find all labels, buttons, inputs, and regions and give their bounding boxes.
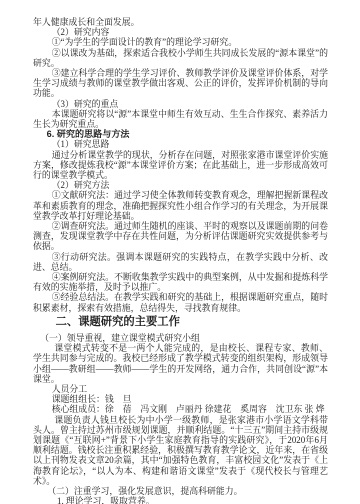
paragraph: （3）研究的重点 (33, 99, 328, 109)
paragraph: ⑤经验总结法。在教学实践和研究的基础上，根据课题研究重点，随时积累素材，探索有效… (33, 292, 328, 312)
paragraph: 1. 理论学习，吸取营养。 (33, 496, 328, 504)
paragraph: 课题组组长：钱 旦 (33, 394, 328, 404)
paragraph: （二）注重学习，强化发展意识，提高科研能力。 (33, 486, 328, 496)
paragraph: 通过分析课堂教学的现状，分析存在问题，对照张家港市课堂评价实施方案，修改提炼我校… (33, 150, 328, 181)
paragraph: 人员分工 (33, 384, 328, 394)
paragraph: ③行动研究法。强调本课题研究的实践特点，在教学实践中分析、改进、总结。 (33, 252, 328, 272)
paragraph: 课题负责人钱旦校长为中小学一级教师，是张家港市小学语文学科带头人。曾主持过苏州市… (33, 415, 328, 486)
paragraph: ②调查研究法。通过师生随机的座谈、平时的观察以及课题前期的问卷测查，发现课堂教学… (33, 221, 328, 252)
paragraph: ①文献研究法：通过学习使全体教师转变教育观念，理解把握新课程改革和素质教育的理念… (33, 190, 328, 221)
paragraph: ③建立科学合理的学生学习评价、教师教学评价及课堂评价体系，对学生学习成绩与教师的… (33, 68, 328, 99)
paragraph: ④案例研究法。不断收集教学实践中的典型案例，从中发掘和提炼科学有效的实施举措，及… (33, 272, 328, 292)
paragraph: 本课题研究将以“源”本课堂中师生有效互动、生生合作探究、素养活力生长为研究重点。 (33, 109, 328, 129)
paragraph: （一）领导重视，建立课堂模式研究小组 (33, 333, 328, 343)
sub-heading: 6. 研究的思路与方法 (33, 129, 328, 139)
paragraph: ①“为学生的学面设计的教育”的理论学习研究。 (33, 37, 328, 47)
paragraph: 核心组成员：徐 蓓 冯文刚 卢丽丹 徐建花 奚周容 沈卫东 张 烨 (33, 404, 328, 414)
paragraph: （2）研究内容 (33, 27, 328, 37)
paragraph: ②以课改为基础，探索适合我校小学师生共同成长发展的“源本课堂”的研究。 (33, 48, 328, 68)
paragraph: （1）研究思路 (33, 139, 328, 149)
paragraph: 课堂模式转变不是一两个人能完成的，是由校长、课程专家、教师、学生共同参与完成的。… (33, 343, 328, 384)
paragraph: 年人健康成长和全面发展。 (33, 17, 328, 27)
paragraph: （2）研究方法 (33, 180, 328, 190)
document-text-block: 年人健康成长和全面发展。（2）研究内容①“为学生的学面设计的教育”的理论学习研究… (33, 17, 328, 504)
document-page: 年人健康成长和全面发展。（2）研究内容①“为学生的学面设计的教育”的理论学习研究… (0, 0, 360, 504)
section-heading: 二、课题研究的主要工作 (33, 316, 328, 329)
